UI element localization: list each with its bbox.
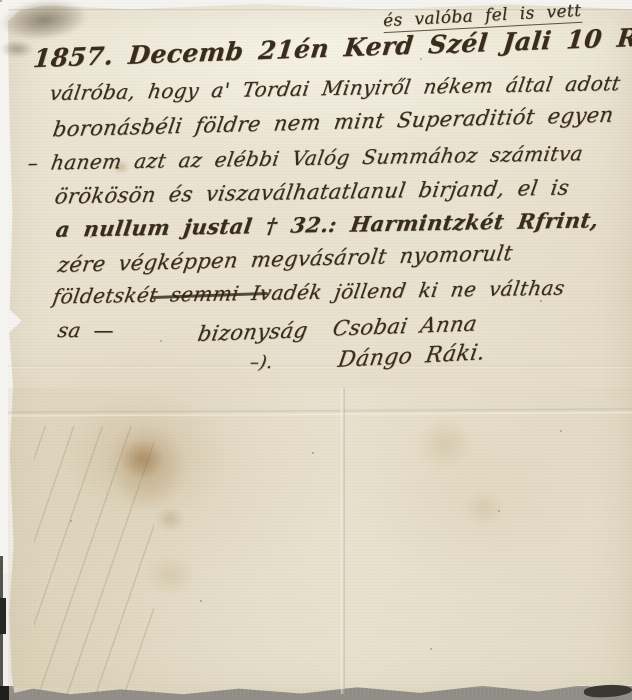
scanner-edge-mark: [0, 598, 6, 634]
closing-mark: –).: [248, 352, 275, 373]
fold-panel-shading: [8, 388, 632, 688]
scanned-document: és valóba fel is vett 1857. Decemb 21én …: [0, 0, 632, 700]
scanner-edge-mark: [0, 686, 9, 700]
witness-label: bizonyság: [196, 318, 310, 346]
manuscript-line: sa —: [56, 318, 116, 342]
ink-smudge: [0, 40, 34, 58]
paper-specks: [0, 0, 2, 2]
